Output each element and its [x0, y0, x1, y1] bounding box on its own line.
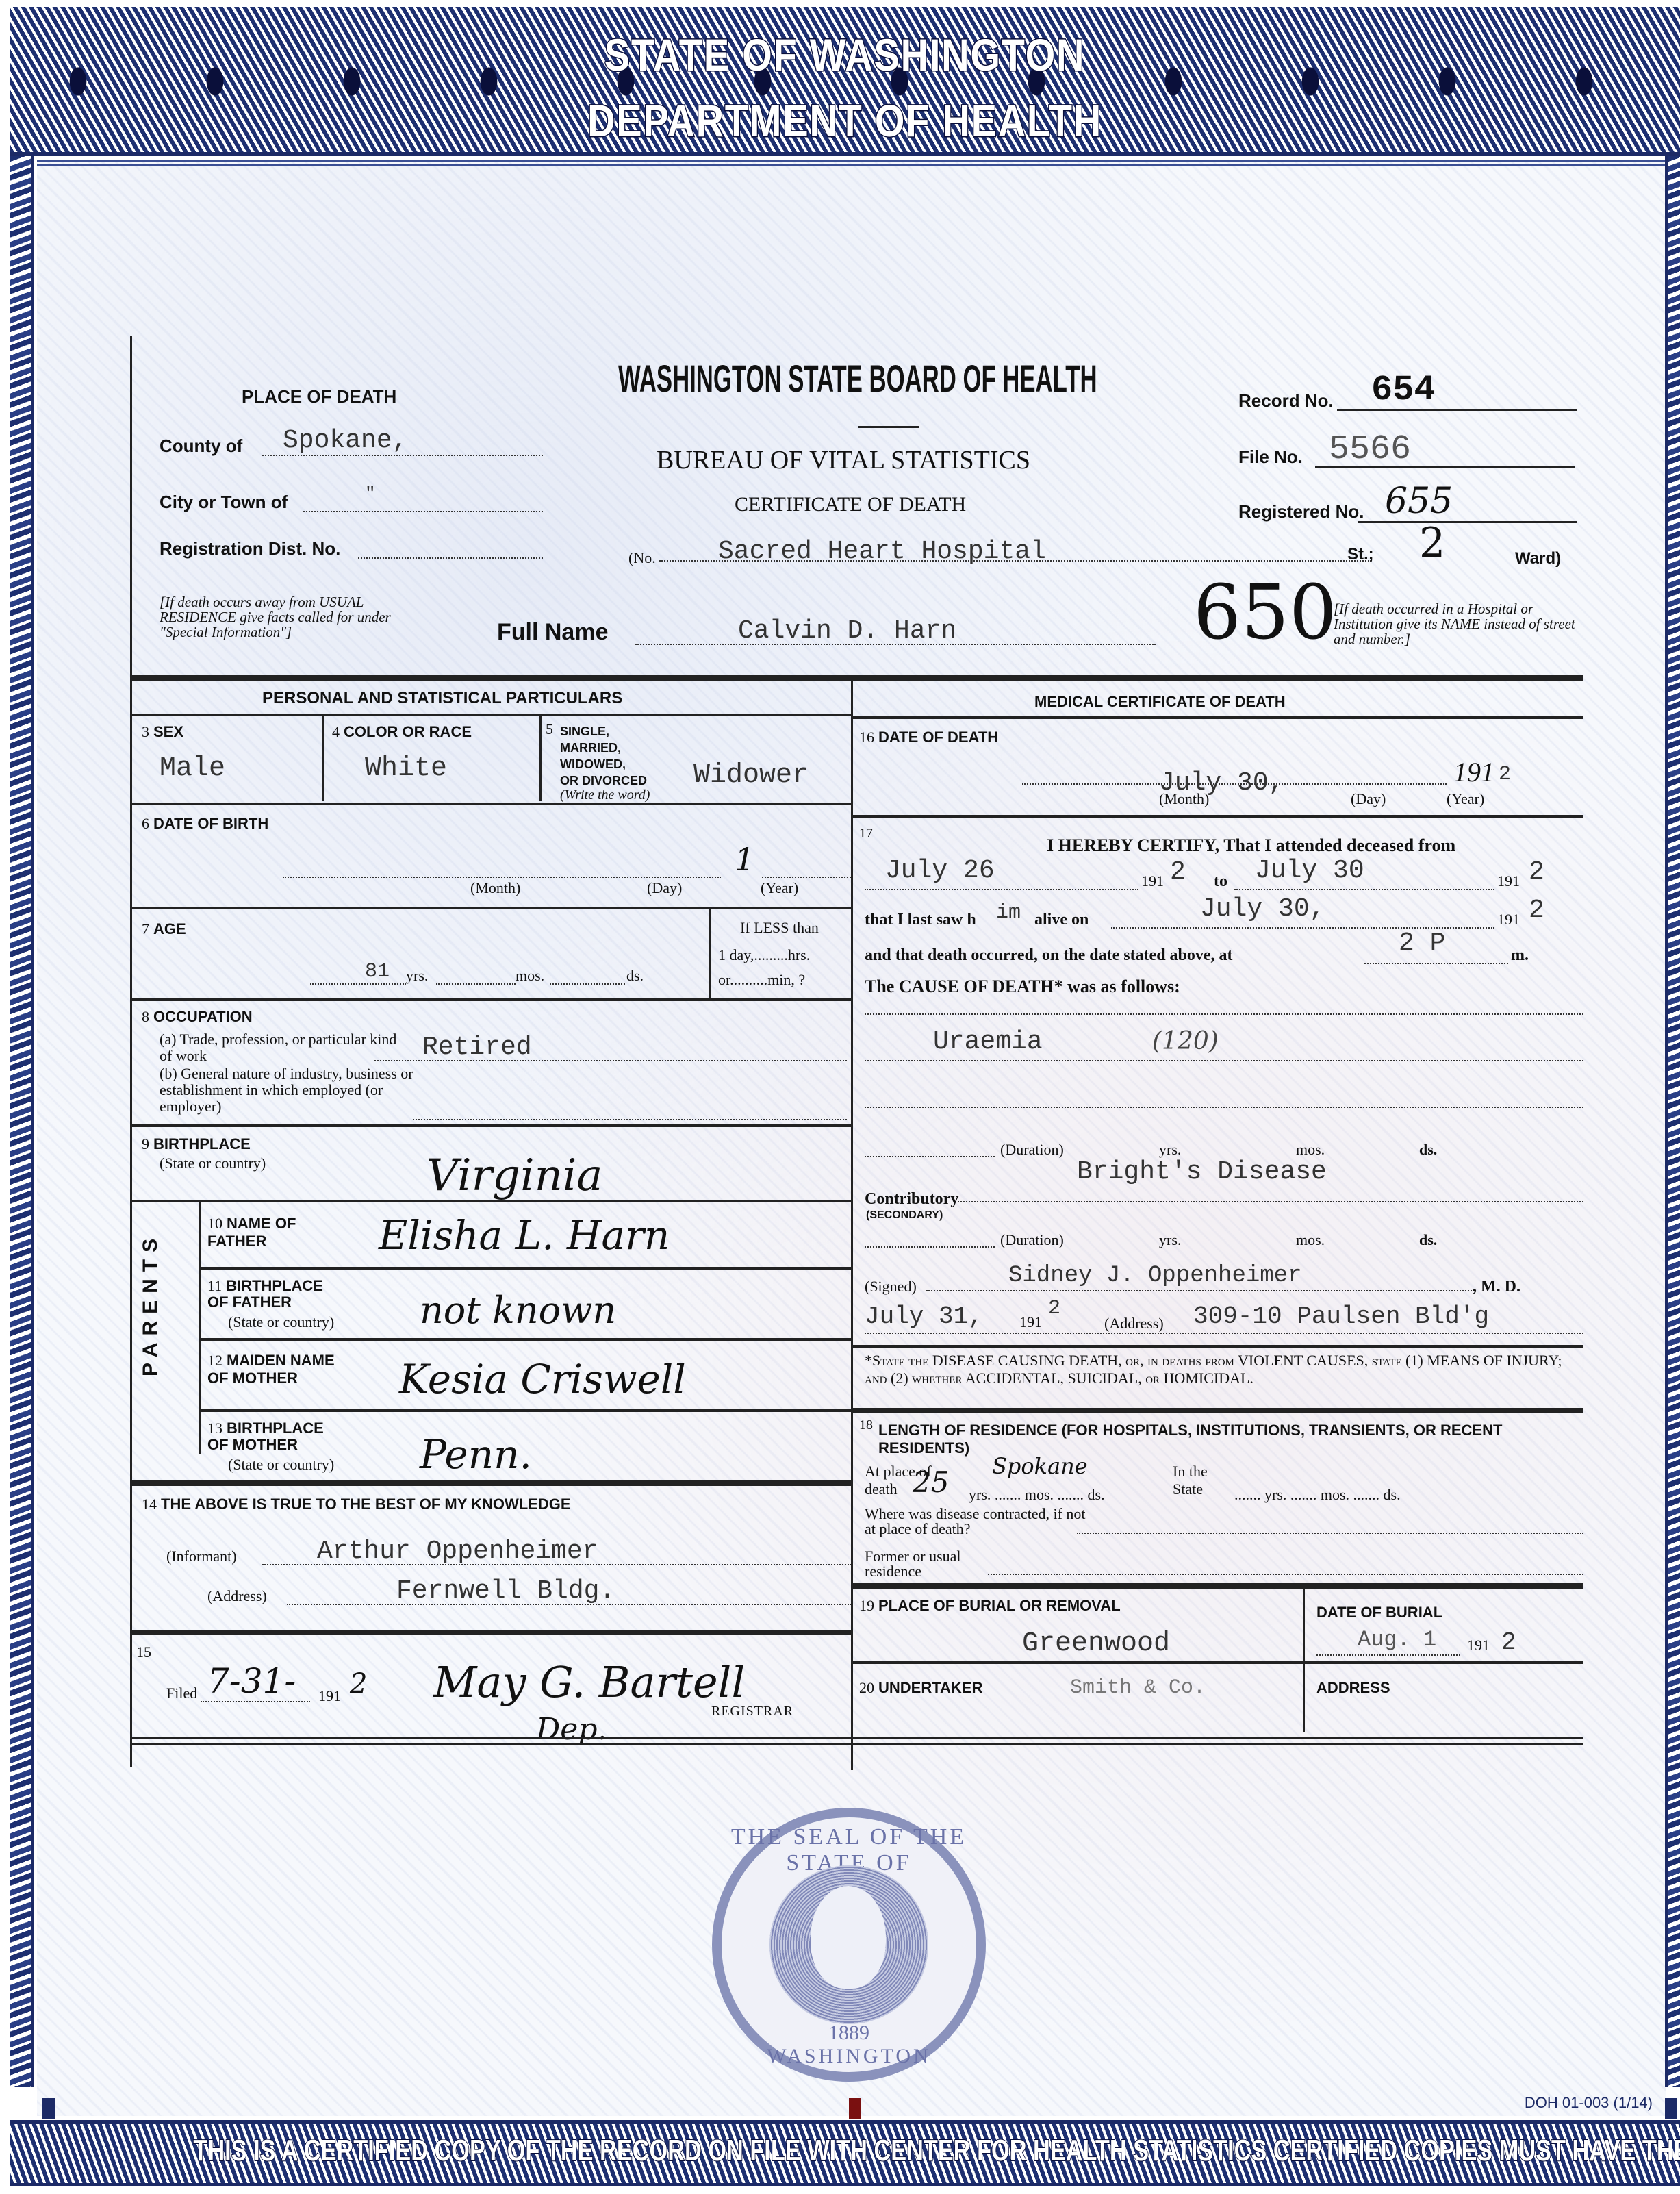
occupation-b-field [413, 1107, 847, 1120]
age-or-min: or..........min, ? [718, 971, 805, 989]
race-value: White [365, 753, 447, 784]
occurred-field: 2 P [1364, 950, 1508, 964]
full-name-label: Full Name [497, 619, 608, 646]
washington-portrait-icon [811, 1886, 886, 1989]
mother-name-value: Kesia Criswell [399, 1356, 686, 1402]
birthplace-label: 9BIRTHPLACE [142, 1135, 251, 1153]
md-label: , M. D. [1473, 1278, 1520, 1296]
marital-label-lines: SINGLE, MARRIED, WIDOWED, OR DIVORCED [560, 723, 647, 789]
occurred-value: 2 P [1399, 929, 1445, 958]
title-divider [858, 426, 919, 428]
filed-date-value: 7-31- [207, 1661, 296, 1701]
away-note: [If death occurs away from USUAL RESIDEN… [160, 594, 427, 640]
divider [1303, 1589, 1305, 1732]
divider [132, 714, 851, 716]
sex-value: Male [160, 753, 225, 784]
last-saw-him: im [996, 901, 1021, 924]
hospital-value: Sacred Heart Hospital [718, 537, 1046, 566]
registered-no-field: 655 [1358, 485, 1577, 523]
burial-value: Greenwood [1022, 1628, 1170, 1659]
city-field: " [303, 488, 543, 512]
at-place-note: Spokane [992, 1453, 1088, 1479]
certify-from-year-prefix: 191 [1141, 872, 1164, 890]
duration-yrs-2: yrs. [1159, 1231, 1181, 1249]
residence-title: LENGTH OF RESIDENCE (FOR HOSPITALS, INST… [878, 1422, 1577, 1457]
mother-birthplace-label: 13BIRTHPLACE OF MOTHER [207, 1420, 338, 1453]
dob-day-label: (Day) [647, 879, 682, 897]
margin-number-650: 650 [1193, 568, 1337, 656]
former-field [988, 1572, 1583, 1575]
dob-year-field [762, 864, 851, 878]
no-label: (No. [628, 549, 656, 567]
divider [852, 1583, 1583, 1589]
filed-year-value: 2 [350, 1668, 367, 1700]
in-state-label: In the State [1173, 1463, 1227, 1498]
father-birthplace-sub: (State or country) [228, 1313, 334, 1331]
occurred-label: and that death occurred, on the date sta… [865, 946, 1233, 965]
burial-year-value: 2 [1501, 1628, 1516, 1656]
burial-year-prefix: 191 [1467, 1637, 1490, 1654]
dod-year-value: 2 [1499, 763, 1511, 786]
bottom-security-banner: THIS IS A CERTIFIED COPY OF THE RECORD O… [10, 2120, 1680, 2186]
occurred-suffix: m. [1511, 946, 1529, 965]
right-security-border [1665, 156, 1680, 2087]
record-no-field: 654 [1337, 370, 1577, 411]
county-label: County of [160, 436, 242, 457]
burial-date-value: Aug. 1 [1358, 1627, 1436, 1652]
dod-label: 16DATE OF DEATH [859, 729, 998, 746]
dod-year-prefix: 191 [1453, 756, 1494, 788]
reg-dist-field [358, 535, 543, 559]
undertaker-address-label: ADDRESS [1316, 1679, 1390, 1697]
certify-to-year-prefix: 191 [1497, 872, 1520, 890]
divider [852, 1408, 1583, 1413]
divider [201, 1338, 851, 1341]
informant-address-value: Fernwell Bldg. [396, 1576, 615, 1606]
full-name-field: Calvin D. Harn [635, 618, 1156, 645]
contributory-value: Bright's Disease [1077, 1157, 1327, 1187]
occupation-a-field: Retired [374, 1048, 847, 1061]
certify-from-field: July 26 [865, 877, 1138, 890]
dob-month-label: (Month) [470, 879, 520, 897]
duration-yrs-1: yrs. [1159, 1141, 1181, 1159]
footnote: *State the DISEASE CAUSING DEATH, or, in… [865, 1352, 1577, 1387]
dod-day-label: (Day) [1351, 790, 1386, 808]
registered-no-value: 655 [1385, 481, 1453, 522]
cause-label: The CAUSE OF DEATH* was as follows: [865, 976, 1180, 997]
signed-year-prefix: 191 [1019, 1313, 1042, 1331]
st-label: St.; [1347, 545, 1374, 564]
bureau-title: BUREAU OF VITAL STATISTICS [657, 445, 1030, 475]
dob-year-label: (Year) [761, 879, 798, 897]
cause-value: Uraemia [933, 1027, 1043, 1057]
marital-hint: (Write the word) [560, 787, 650, 803]
divider [132, 1124, 851, 1127]
form-code: DOH 01-003 (1/14) [1525, 2094, 1653, 2112]
city-value: " [365, 483, 376, 504]
father-birthplace-label: 11BIRTHPLACE OF FATHER [207, 1278, 338, 1311]
seal-bottom-text: WASHINGTON [722, 2045, 976, 2068]
medical-section-title: MEDICAL CERTIFICATE OF DEATH [1034, 693, 1286, 711]
divider [132, 1480, 851, 1486]
registration-marker-right [1665, 2098, 1677, 2119]
contributory-label: Contributory [865, 1190, 958, 1209]
secondary-label: (SECONDARY) [866, 1209, 943, 1222]
residence-num: 18 [859, 1417, 873, 1433]
signed-value: Sidney J. Oppenheimer [1008, 1263, 1301, 1289]
signed-address-label: (Address) [1104, 1315, 1164, 1333]
signed-year: 2 [1048, 1297, 1060, 1320]
file-no-field: 5566 [1315, 427, 1575, 468]
personal-section-title: PERSONAL AND STATISTICAL PARTICULARS [262, 689, 622, 708]
banner-state-title: STATE OF WASHINGTON [135, 29, 1555, 81]
filed-date-field: 7-31- [201, 1689, 310, 1702]
divider [201, 1267, 851, 1270]
divider [709, 909, 711, 998]
full-name-value: Calvin D. Harn [738, 616, 956, 646]
divider [132, 1737, 1583, 1739]
signed-field [926, 1289, 1474, 1291]
divider [132, 998, 851, 1001]
section-divider [851, 678, 853, 1770]
divider [852, 815, 1583, 818]
registration-marker-center [849, 2098, 861, 2119]
cause-code: (120) [1152, 1027, 1219, 1055]
certify-from-value: July 26 [885, 856, 995, 885]
duration-ds-1: ds. [1419, 1141, 1437, 1159]
duration-label-2: (Duration) [1000, 1231, 1064, 1249]
mother-birthplace-value: Penn. [420, 1431, 532, 1478]
age-less-than: If LESS than [740, 919, 819, 937]
age-yrs-label: yrs. [406, 967, 428, 985]
informant-title: 14THE ABOVE IS TRUE TO THE BEST OF MY KN… [142, 1496, 571, 1513]
occupation-label: 8OCCUPATION [142, 1008, 253, 1026]
in-state-units: ....... yrs. ....... mos. ....... ds. [1234, 1486, 1401, 1504]
age-mos-field [436, 966, 516, 985]
father-name-label: 10NAME OF FATHER [207, 1215, 324, 1250]
alive-on-year: 2 [1529, 896, 1544, 925]
certify-to-value: July 30 [1255, 856, 1364, 885]
last-saw-label: that I last saw h [865, 911, 976, 929]
registrar-dep: Dep. [536, 1712, 607, 1747]
informant-label: (Informant) [166, 1548, 237, 1565]
signed-label: (Signed) [865, 1278, 917, 1296]
marital-value: Widower [693, 760, 809, 791]
duration-field [865, 1245, 995, 1248]
age-yrs-value: 81 [365, 960, 390, 983]
father-birthplace-value: not known [420, 1289, 616, 1332]
occupation-a-value: Retired [422, 1033, 532, 1062]
divider [852, 1661, 1583, 1664]
certify-to-field: July 30 [1234, 877, 1494, 890]
file-no-value: 5566 [1329, 430, 1411, 469]
contributory-field [958, 1200, 1583, 1202]
registered-no-label: Registered No. [1238, 501, 1364, 522]
place-of-death-heading: PLACE OF DEATH [242, 386, 396, 407]
age-label: 7AGE [142, 920, 186, 938]
duration-ds-2: ds. [1419, 1231, 1437, 1249]
seal-year: 1889 [722, 2021, 976, 2045]
age-ds-field [550, 966, 625, 985]
cause-line-2 [865, 1059, 1583, 1061]
certify-from-year: 2 [1170, 857, 1186, 887]
contracted-label: Where was disease contracted, if not at … [865, 1506, 1091, 1537]
marital-label: 5 [546, 720, 557, 738]
top-security-banner: STATE OF WASHINGTON DEPARTMENT OF HEALTH [10, 7, 1680, 156]
divider [852, 716, 1583, 719]
cause-line-1 [865, 1012, 1583, 1015]
registration-marker-left [42, 2098, 55, 2119]
mother-birthplace-sub: (State or country) [228, 1456, 334, 1474]
dob-label: 6DATE OF BIRTH [142, 815, 268, 833]
dod-year-label: (Year) [1447, 790, 1484, 808]
divider [132, 1630, 851, 1635]
board-title: WASHINGTON STATE BOARD OF HEALTH [618, 356, 1097, 401]
divider [199, 1201, 201, 1454]
file-no-label: File No. [1238, 446, 1303, 468]
ward-label: Ward) [1515, 549, 1561, 568]
burial-date-label: DATE OF BURIAL [1316, 1604, 1442, 1622]
dod-field: July 30, [1022, 771, 1447, 785]
hospital-note: [If death occurred in a Hospital or Inst… [1334, 601, 1580, 646]
alive-on-year-prefix: 191 [1497, 911, 1520, 929]
banner-department-title: DEPARTMENT OF HEALTH [135, 94, 1555, 147]
record-no-value: 654 [1371, 370, 1436, 410]
certify-num: 17 [859, 826, 873, 842]
divider [132, 1200, 851, 1202]
header-divider [132, 675, 1583, 681]
divider [132, 803, 851, 805]
certificate-title: CERTIFICATE OF DEATH [735, 493, 966, 516]
certify-to-year: 2 [1529, 857, 1544, 887]
cause-line-3 [865, 1105, 1583, 1108]
seal-portrait [769, 1865, 928, 2024]
reg-dist-label: Registration Dist. No. [160, 538, 340, 559]
left-security-border [10, 156, 34, 2087]
father-name-value: Elisha L. Harn [379, 1212, 670, 1259]
divider [132, 907, 851, 909]
signed-date-line [865, 1331, 1583, 1334]
signed-address-value: 309-10 Paulsen Bld'g [1193, 1302, 1489, 1331]
age-mos-label: mos. [516, 967, 544, 985]
duration-mos-1: mos. [1296, 1141, 1325, 1159]
at-place-units: yrs. ....... mos. ....... ds. [969, 1486, 1105, 1504]
city-label: City or Town of [160, 492, 288, 513]
certify-to-label: to [1214, 872, 1227, 891]
divider [132, 1743, 1583, 1745]
birthplace-value: Virginia [427, 1150, 602, 1201]
burial-label: 19PLACE OF BURIAL OR REMOVAL [859, 1597, 1121, 1615]
county-field: Spokane, [262, 429, 543, 456]
divider [201, 1409, 851, 1412]
signed-date: July 31, [865, 1302, 983, 1331]
sex-label: 3SEX [142, 723, 183, 741]
hospital-field: Sacred Heart Hospital [659, 541, 1371, 562]
filed-label: Filed [166, 1685, 197, 1702]
age-yrs-field: 81 [310, 966, 406, 985]
mother-name-label: 12MAIDEN NAME OF MOTHER [207, 1352, 351, 1387]
informant-value: Arthur Oppenheimer [317, 1537, 598, 1566]
race-label: 4COLOR OR RACE [332, 723, 472, 741]
divider [852, 1345, 1583, 1348]
contracted-field [1077, 1531, 1583, 1534]
alive-on-label: alive on [1034, 911, 1089, 929]
certify-text: I HEREBY CERTIFY, That I attended deceas… [1047, 835, 1455, 856]
certified-copy-notice: THIS IS A CERTIFIED COPY OF THE RECORD O… [193, 2134, 1496, 2168]
divider [322, 716, 324, 801]
age-day-hrs: 1 day,.........hrs. [718, 946, 810, 964]
former-label: Former or usual residence [865, 1549, 1002, 1579]
alive-on-value: July 30, [1200, 894, 1325, 924]
divider [539, 716, 542, 801]
birthplace-sub: (State or country) [160, 1155, 266, 1172]
ward-value: 2 [1419, 519, 1445, 567]
dob-month-day-field [283, 864, 721, 878]
county-value: Spokane, [283, 426, 407, 455]
duration-field [865, 1155, 995, 1157]
burial-date-field: Aug. 1 [1316, 1642, 1460, 1656]
informant-address-label: (Address) [207, 1587, 267, 1605]
parents-vertical-label: PARENTS [139, 1198, 162, 1376]
age-ds-label: ds. [626, 967, 644, 985]
undertaker-value: Smith & Co. [1070, 1676, 1206, 1700]
dob-year-value: 1 [735, 841, 754, 878]
dod-month-label: (Month) [1159, 790, 1209, 808]
occupation-a-label: (a) Trade, profession, or particular kin… [160, 1031, 406, 1064]
state-seal: THE SEAL OF THE STATE OF 1889 WASHINGTON [712, 1808, 986, 2082]
record-no-label: Record No. [1238, 390, 1334, 412]
duration-mos-2: mos. [1296, 1231, 1325, 1249]
filed-year-prefix: 191 [318, 1687, 341, 1705]
registrar-signature: May G. Bartell [433, 1657, 745, 1707]
informant-address-field: Fernwell Bldg. [287, 1587, 851, 1605]
registrar-label: REGISTRAR [711, 1704, 793, 1719]
filed-num: 15 [136, 1643, 151, 1661]
occupation-b-label: (b) General nature of industry, business… [160, 1066, 420, 1115]
at-place-yrs: 25 [913, 1465, 949, 1499]
undertaker-label: 20UNDERTAKER [859, 1679, 982, 1697]
death-certificate-form: PLACE OF DEATH County of Spokane, City o… [130, 336, 1581, 1767]
alive-on-field: July 30, [1111, 915, 1494, 929]
duration-label-1: (Duration) [1000, 1141, 1064, 1159]
informant-field: Arthur Oppenheimer [262, 1548, 851, 1565]
